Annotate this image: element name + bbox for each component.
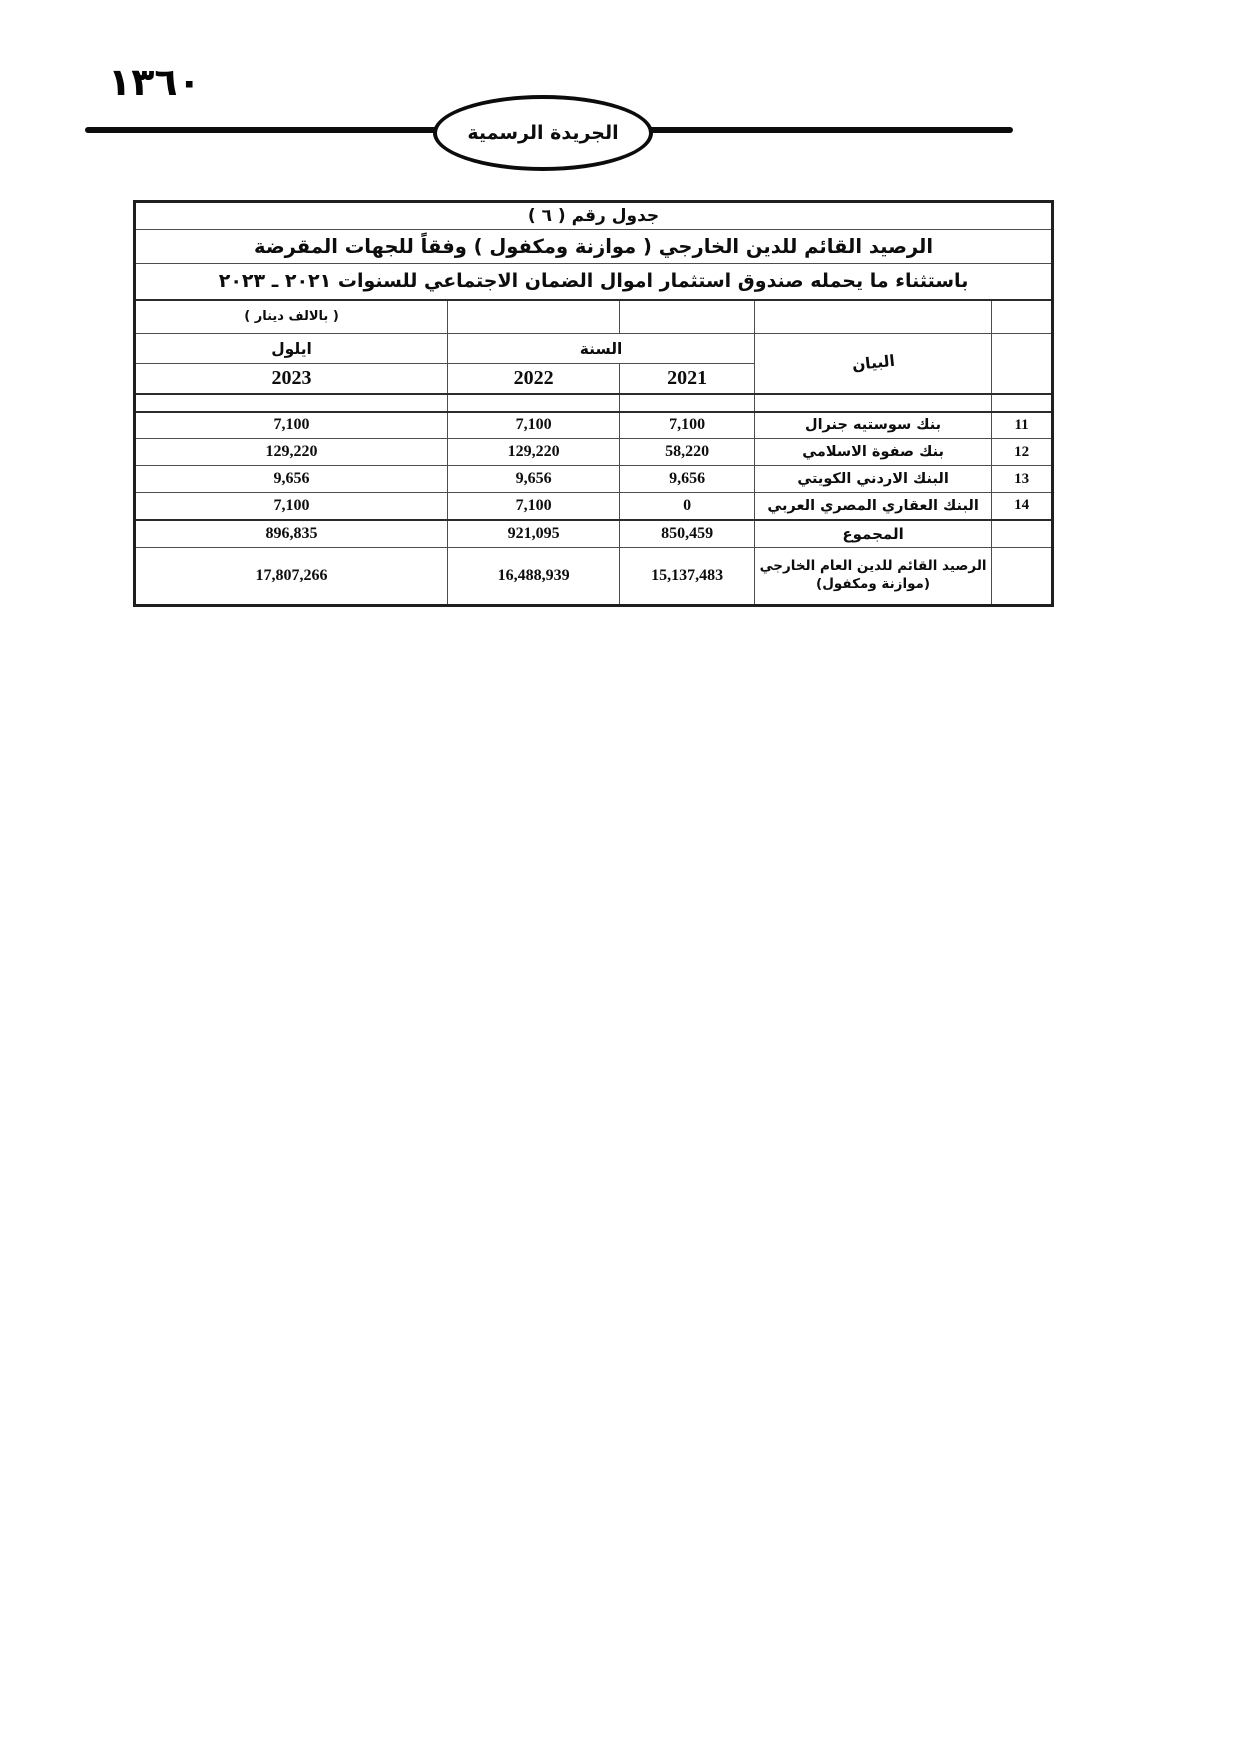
table-subtitle: الرصيد القائم للدين الخارجي ( موازنة ومك… — [135, 230, 1053, 264]
grand-total-value-2022: 16,488,939 — [448, 548, 620, 606]
row-bank-name: بنك صفوة الاسلامي — [755, 439, 992, 466]
row-serial: 11 — [992, 412, 1053, 439]
row-value-2023: 7,100 — [135, 412, 448, 439]
empty-cell — [448, 300, 620, 334]
row-value-2023: 9,656 — [135, 466, 448, 493]
column-header-2021: 2021 — [620, 364, 755, 394]
debt-table: جدول رقم ( ٦ ) الرصيد القائم للدين الخار… — [133, 200, 1054, 607]
total-value-2022: 921,095 — [448, 520, 620, 548]
total-value-2021: 850,459 — [620, 520, 755, 548]
table-row: ( بالالف دينار ) — [135, 300, 1053, 334]
page-number: ١٣٦٠ — [108, 60, 201, 104]
row-serial: 13 — [992, 466, 1053, 493]
total-value-2023: 896,835 — [135, 520, 448, 548]
empty-cell — [992, 548, 1053, 606]
gazette-title: الجريدة الرسمية — [467, 122, 618, 144]
gazette-title-ellipse: الجريدة الرسمية — [433, 95, 653, 171]
column-header-2022: 2022 — [448, 364, 620, 394]
column-header-2023: 2023 — [135, 364, 448, 394]
table-row: البيان السنة ايلول — [135, 334, 1053, 364]
column-header-month: ايلول — [135, 334, 448, 364]
table-row: جدول رقم ( ٦ ) — [135, 202, 1053, 230]
row-serial: 12 — [992, 439, 1053, 466]
row-value-2022: 129,220 — [448, 439, 620, 466]
empty-cell — [992, 394, 1053, 412]
empty-cell — [992, 520, 1053, 548]
column-header-bayan: البيان — [755, 334, 992, 394]
row-value-2023: 7,100 — [135, 493, 448, 520]
table-row: 12 بنك صفوة الاسلامي 58,220 129,220 129,… — [135, 439, 1053, 466]
column-header-year-group: السنة — [448, 334, 755, 364]
table-row: 11 بنك سوستيه جنرال 7,100 7,100 7,100 — [135, 412, 1053, 439]
table-row: الرصيد القائم للدين الخارجي ( موازنة ومك… — [135, 230, 1053, 264]
grand-total-label-line2: (موازنة ومكفول) — [757, 576, 989, 594]
empty-cell — [620, 300, 755, 334]
empty-cell — [135, 394, 448, 412]
row-value-2021: 0 — [620, 493, 755, 520]
row-bank-name: بنك سوستيه جنرال — [755, 412, 992, 439]
table-row: باستثناء ما يحمله صندوق استثمار اموال ال… — [135, 264, 1053, 300]
gazette-page: ١٣٦٠ الجريدة الرسمية جدول رقم ( ٦ ) الرص… — [0, 0, 1241, 1755]
empty-cell — [448, 394, 620, 412]
bayan-label: البيان — [851, 352, 895, 374]
empty-cell — [992, 300, 1053, 334]
serial-header-cell — [992, 334, 1053, 394]
table-note: باستثناء ما يحمله صندوق استثمار اموال ال… — [135, 264, 1053, 300]
row-serial: 14 — [992, 493, 1053, 520]
table-title: جدول رقم ( ٦ ) — [135, 202, 1053, 230]
row-value-2022: 7,100 — [448, 412, 620, 439]
grand-total-label-line1: الرصيد القائم للدين العام الخارجي — [757, 558, 989, 576]
grand-total-value-2023: 17,807,266 — [135, 548, 448, 606]
row-value-2023: 129,220 — [135, 439, 448, 466]
table-row: 13 البنك الاردني الكويتي 9,656 9,656 9,6… — [135, 466, 1053, 493]
row-value-2021: 58,220 — [620, 439, 755, 466]
row-value-2022: 9,656 — [448, 466, 620, 493]
row-bank-name: البنك الاردني الكويتي — [755, 466, 992, 493]
total-label: المجموع — [755, 520, 992, 548]
table-row — [135, 394, 1053, 412]
row-value-2021: 7,100 — [620, 412, 755, 439]
empty-cell — [755, 300, 992, 334]
grand-total-label: الرصيد القائم للدين العام الخارجي (موازن… — [755, 548, 992, 606]
table-row: الرصيد القائم للدين العام الخارجي (موازن… — [135, 548, 1053, 606]
empty-cell — [620, 394, 755, 412]
table-row: المجموع 850,459 921,095 896,835 — [135, 520, 1053, 548]
grand-total-value-2021: 15,137,483 — [620, 548, 755, 606]
row-value-2022: 7,100 — [448, 493, 620, 520]
row-value-2021: 9,656 — [620, 466, 755, 493]
unit-label: ( بالالف دينار ) — [135, 300, 448, 334]
row-bank-name: البنك العقاري المصري العربي — [755, 493, 992, 520]
table-row: 14 البنك العقاري المصري العربي 0 7,100 7… — [135, 493, 1053, 520]
empty-cell — [755, 394, 992, 412]
